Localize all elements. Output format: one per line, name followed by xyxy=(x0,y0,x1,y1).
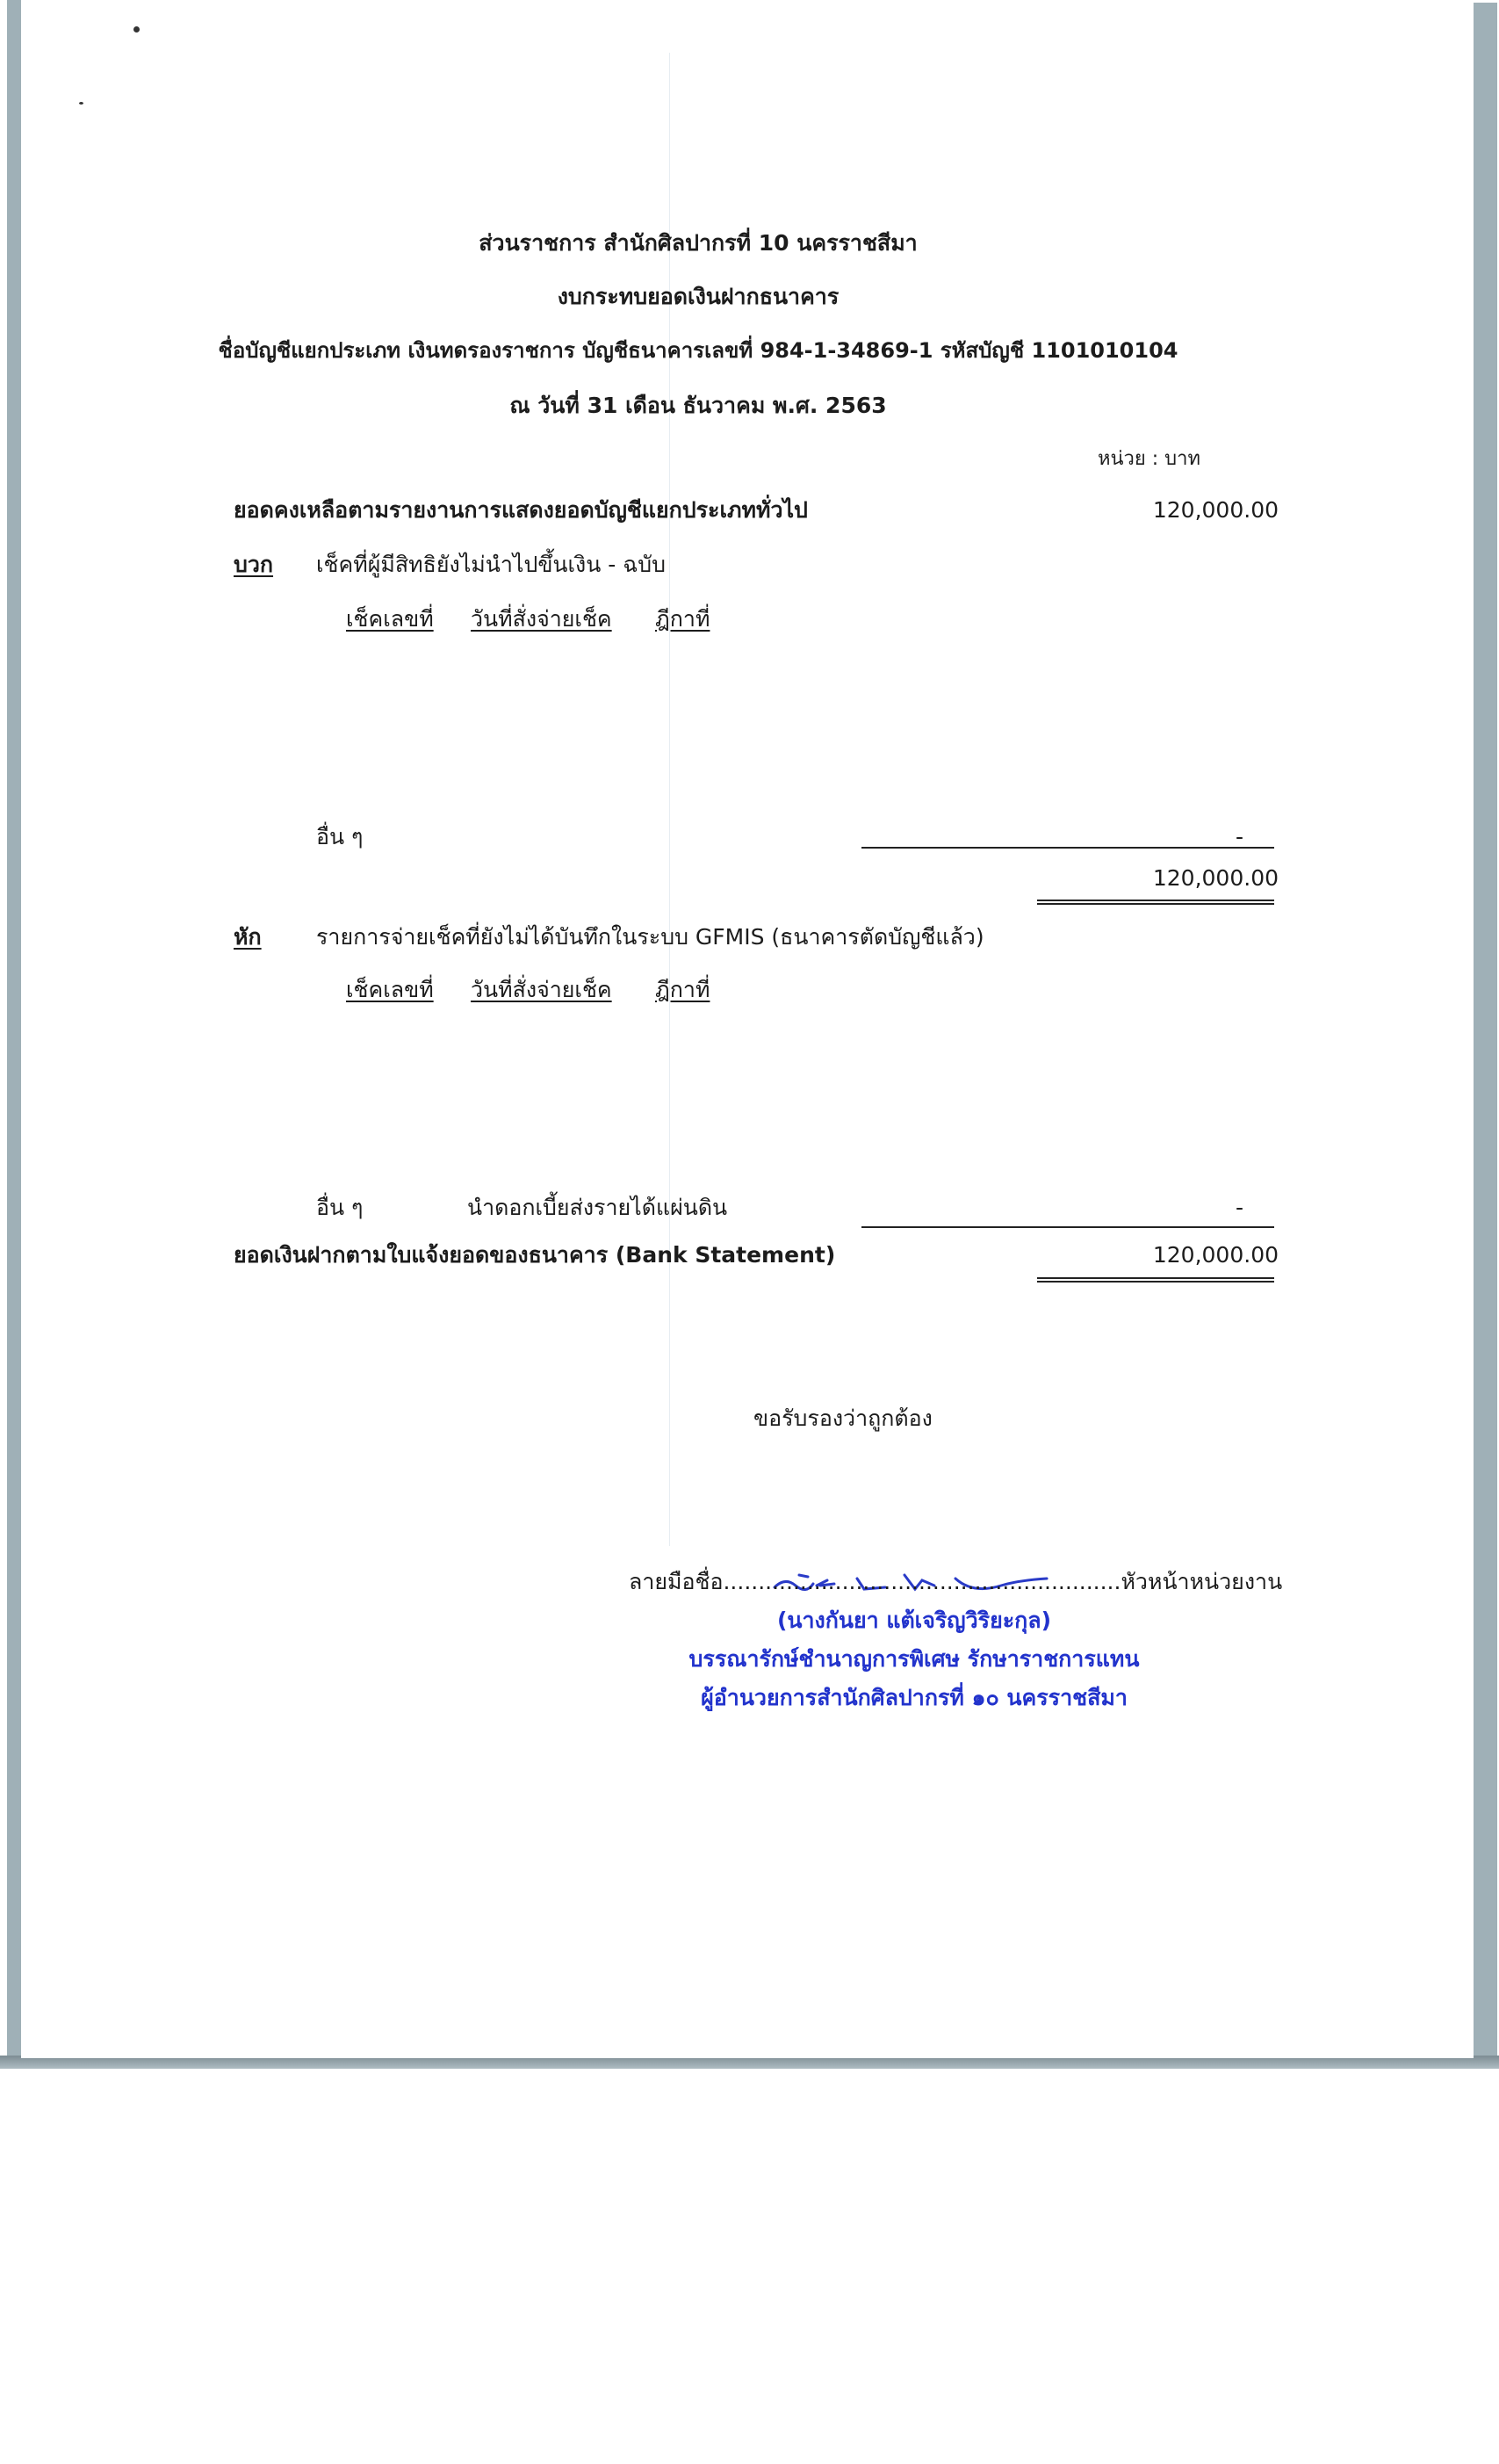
signature-prefix: ลายมือชื่อ..............................… xyxy=(629,1569,1121,1594)
signer-name: (นางกันยา แต้เจริญวิริยะกุล) xyxy=(777,1608,1051,1634)
agency-line: ส่วนราชการ สำนักศิลปากรที่ 10 นครราชสีมา xyxy=(479,230,917,257)
scan-speck xyxy=(133,26,140,33)
add-other-label: อื่น ๆ xyxy=(316,824,363,850)
document-title: งบกระทบยอดเงินฝากธนาคาร xyxy=(558,284,840,310)
bank-balance-rule xyxy=(861,1226,1274,1228)
ledger-balance-amount: 120,000.00 xyxy=(1015,497,1279,524)
deduct-heading: หัก xyxy=(234,924,262,950)
scan-speck xyxy=(79,102,83,105)
deduct-other-description: นำดอกเบี้ยส่งรายได้แผ่นดิน xyxy=(467,1195,727,1221)
document-page: ส่วนราชการ สำนักศิลปากรที่ 10 นครราชสีมา… xyxy=(21,0,1474,2058)
deduct-description: รายการจ่ายเช็คที่ยังไม่ได้บันทึกในระบบ G… xyxy=(316,924,984,950)
subtotal-rule xyxy=(861,847,1274,849)
subtotal-double-rule xyxy=(1037,900,1274,905)
deduct-col-cheque-date: วันที่สั่งจ่ายเช็ค xyxy=(471,977,612,1003)
ledger-balance-label: ยอดคงเหลือตามรายงานการแสดงยอดบัญชีแยกประ… xyxy=(234,497,808,524)
fold-line xyxy=(669,53,670,1546)
add-description: เช็คที่ผู้มีสิทธิยังไม่นำไปขึ้นเงิน - ฉบ… xyxy=(316,552,666,578)
scan-frame-left xyxy=(7,0,21,2056)
add-subtotal-amount: 120,000.00 xyxy=(1015,865,1279,892)
bank-balance-amount: 120,000.00 xyxy=(1015,1242,1279,1268)
date-line: ณ วันที่ 31 เดือน ธันวาคม พ.ศ. 2563 xyxy=(509,393,886,419)
bank-balance-double-rule xyxy=(1037,1277,1274,1283)
signer-office: ผู้อำนวยการสำนักศิลปากรที่ ๑๐ นครราชสีมา xyxy=(701,1685,1128,1711)
deduct-other-label: อื่น ๆ xyxy=(316,1195,363,1221)
deduct-col-cheque-no: เช็คเลขที่ xyxy=(346,977,434,1003)
signature-suffix: หัวหน้าหน่วยงาน xyxy=(1121,1569,1282,1594)
certification-statement: ขอรับรองว่าถูกต้อง xyxy=(753,1405,933,1432)
deduct-col-voucher-no: ฎีกาที่ xyxy=(655,977,710,1003)
bank-balance-label: ยอดเงินฝากตามใบแจ้งยอดของธนาคาร (Bank St… xyxy=(234,1242,835,1268)
add-col-voucher-no: ฎีกาที่ xyxy=(655,606,710,632)
account-line: ชื่อบัญชีแยกประเภท เงินทดรองราชการ บัญชี… xyxy=(219,337,1178,364)
unit-label: หน่วย : บาท xyxy=(1098,446,1200,473)
add-col-cheque-date: วันที่สั่งจ่ายเช็ค xyxy=(471,606,612,632)
add-col-cheque-no: เช็คเลขที่ xyxy=(346,606,434,632)
signature-line: ลายมือชื่อ..............................… xyxy=(629,1569,1282,1595)
deduct-other-amount: - xyxy=(980,1195,1243,1221)
add-heading: บวก xyxy=(234,552,273,578)
signer-position: บรรณารักษ์ชำนาญการพิเศษ รักษาราชการแทน xyxy=(689,1646,1140,1673)
scan-frame-right xyxy=(1474,3,1497,2067)
